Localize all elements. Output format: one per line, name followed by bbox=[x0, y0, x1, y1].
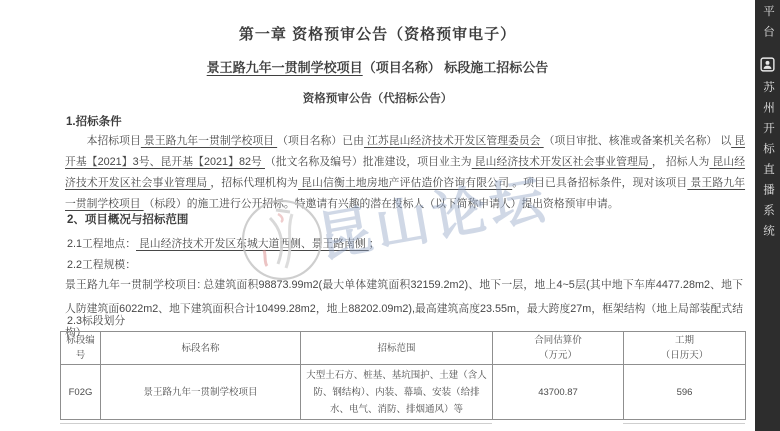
header-duration: 工期 （日历天） bbox=[624, 332, 746, 365]
broadcast-system-label: 苏州开标直播系统 bbox=[755, 81, 780, 245]
header-section-name: 标段名称 bbox=[101, 332, 301, 365]
project-scale-label: 2.2工程规模： bbox=[67, 257, 136, 272]
table-header-row: 标段编号 标段名称 招标范围 合同估算价 （万元） 工期 （日历天） bbox=[61, 332, 746, 365]
cell-section-code: F02G bbox=[61, 365, 101, 420]
cell-duration: 596 bbox=[624, 365, 746, 420]
sidebar-broadcast-tab[interactable]: 平台 苏州开标直播系统 bbox=[755, 0, 780, 431]
project-title: 景王路九年一贯制学校项目（项目名称） 标段施工招标公告 bbox=[0, 57, 755, 76]
cell-contract-estimate: 43700.87 bbox=[493, 365, 624, 420]
tender-conditions-paragraph: 本招标项目 景王路九年一贯制学校项目 （项目名称）已由 江苏昆山经济技术开发区管… bbox=[65, 131, 745, 215]
section-division-label: 2.3标段划分 bbox=[67, 313, 125, 328]
tender-document: 第一章 资格预审公告（资格预审电子） 景王路九年一贯制学校项目（项目名称） 标段… bbox=[0, 0, 755, 431]
announcement-subtitle: 资格预审公告（代招标公告） bbox=[0, 90, 755, 106]
platform-label: 平台 bbox=[755, 5, 780, 46]
cell-section-name: 景王路九年一贯制学校项目 bbox=[101, 365, 301, 420]
next-row-partial-border bbox=[623, 423, 745, 424]
header-contract-estimate: 合同估算价 （万元） bbox=[493, 332, 624, 365]
live-broadcast-icon bbox=[760, 57, 775, 72]
chapter-title: 第一章 资格预审公告（资格预审电子） bbox=[0, 23, 755, 44]
header-bid-scope: 招标范围 bbox=[301, 332, 493, 365]
project-location-line: 2.1工程地点： 昆山经济技术开发区东城大道西侧、景王路南侧 ； bbox=[67, 236, 380, 251]
document-page: 第一章 资格预审公告（资格预审电子） 景王路九年一贯制学校项目（项目名称） 标段… bbox=[0, 0, 780, 431]
section2-heading: 2、项目概况与招标范围 bbox=[67, 211, 188, 227]
table-row: F02G 景王路九年一贯制学校项目 大型土石方、桩基、基坑围护、土建（含人防、钢… bbox=[61, 365, 746, 420]
bid-sections-table: 标段编号 标段名称 招标范围 合同估算价 （万元） 工期 （日历天） F02G … bbox=[60, 331, 746, 420]
cell-bid-scope: 大型土石方、桩基、基坑围护、土建（含人防、钢结构）、内装、幕墙、安装（给排水、电… bbox=[301, 365, 493, 420]
header-section-code: 标段编号 bbox=[61, 332, 101, 365]
section1-heading: 1.招标条件 bbox=[66, 113, 122, 129]
next-row-partial-border bbox=[60, 423, 492, 424]
